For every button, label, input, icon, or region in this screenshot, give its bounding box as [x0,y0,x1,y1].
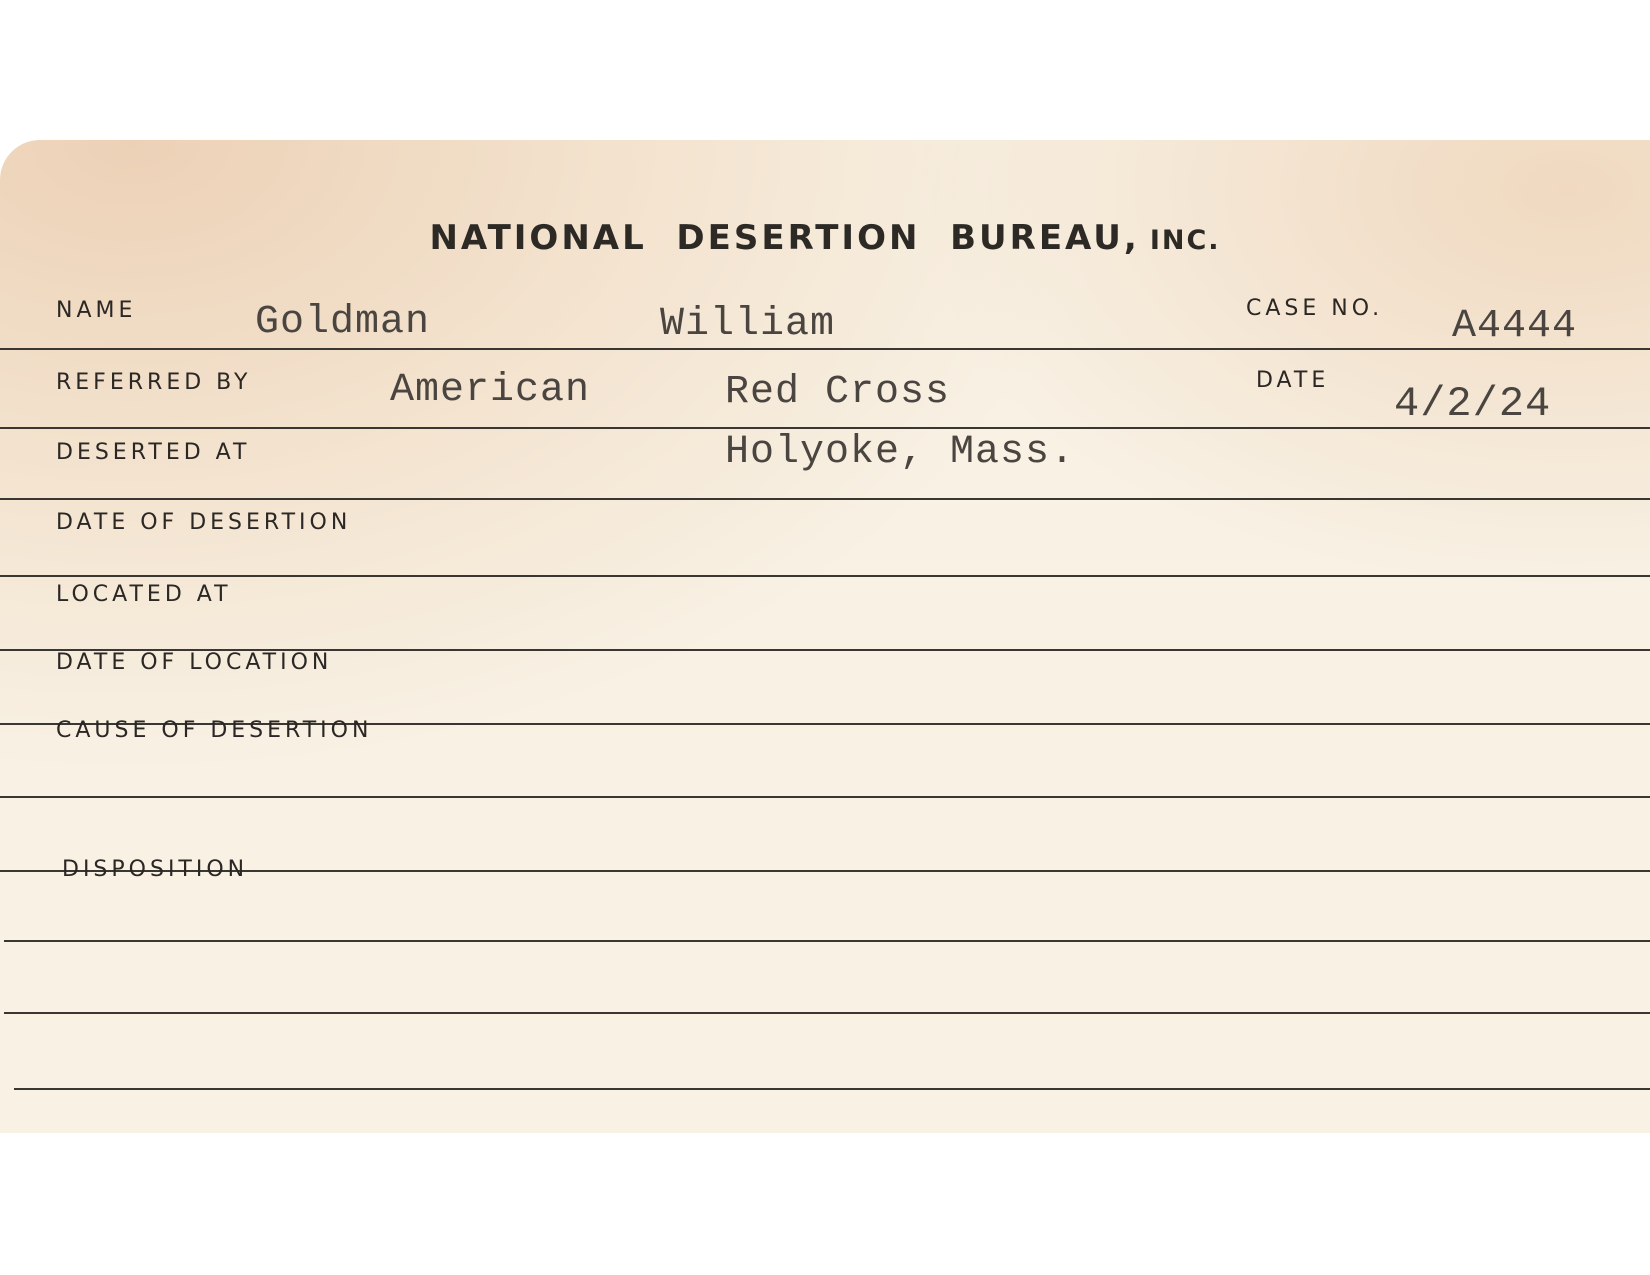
disposition-rule [4,940,1650,942]
deserted-at-rule [0,498,1650,500]
date-label: DATE [1256,368,1329,393]
disposition-label: DISPOSITION [62,857,248,882]
card-title: NATIONAL DESERTION BUREAU,INC. [0,218,1650,258]
case-no-label: CASE NO. [1246,296,1383,321]
name-first-value: William [660,302,835,347]
date-of-desertion-label: DATE OF DESERTION [56,510,351,535]
deserted-at-value: Holyoke, Mass. [725,430,1075,475]
date-value: 4/2/24 [1394,380,1551,428]
date-of-desertion-rule [0,575,1650,577]
bureau-name: NATIONAL DESERTION BUREAU, [429,218,1139,258]
referred-by-value-1: American [390,368,590,413]
case-no-value: A4444 [1452,304,1577,349]
bureau-suffix: INC. [1150,225,1221,256]
located-at-label: LOCATED AT [56,582,232,607]
date-of-location-label: DATE OF LOCATION [56,650,332,675]
cause-of-desertion-label: CAUSE OF DESERTION [56,718,372,743]
disposition-extra-rule-2 [14,1088,1650,1090]
name-label: NAME [56,298,136,323]
disposition-extra-rule-1 [4,1012,1650,1014]
name-rule [0,348,1650,350]
referred-by-value-2: Red Cross [725,370,950,415]
index-card: NATIONAL DESERTION BUREAU,INC. NAME Gold… [0,140,1650,1133]
cause-of-desertion-rule [0,796,1650,798]
referred-by-rule [0,427,1650,429]
referred-by-label: REFERRED BY [56,370,251,395]
name-last-value: Goldman [255,300,430,345]
deserted-at-label: DESERTED AT [56,440,250,465]
